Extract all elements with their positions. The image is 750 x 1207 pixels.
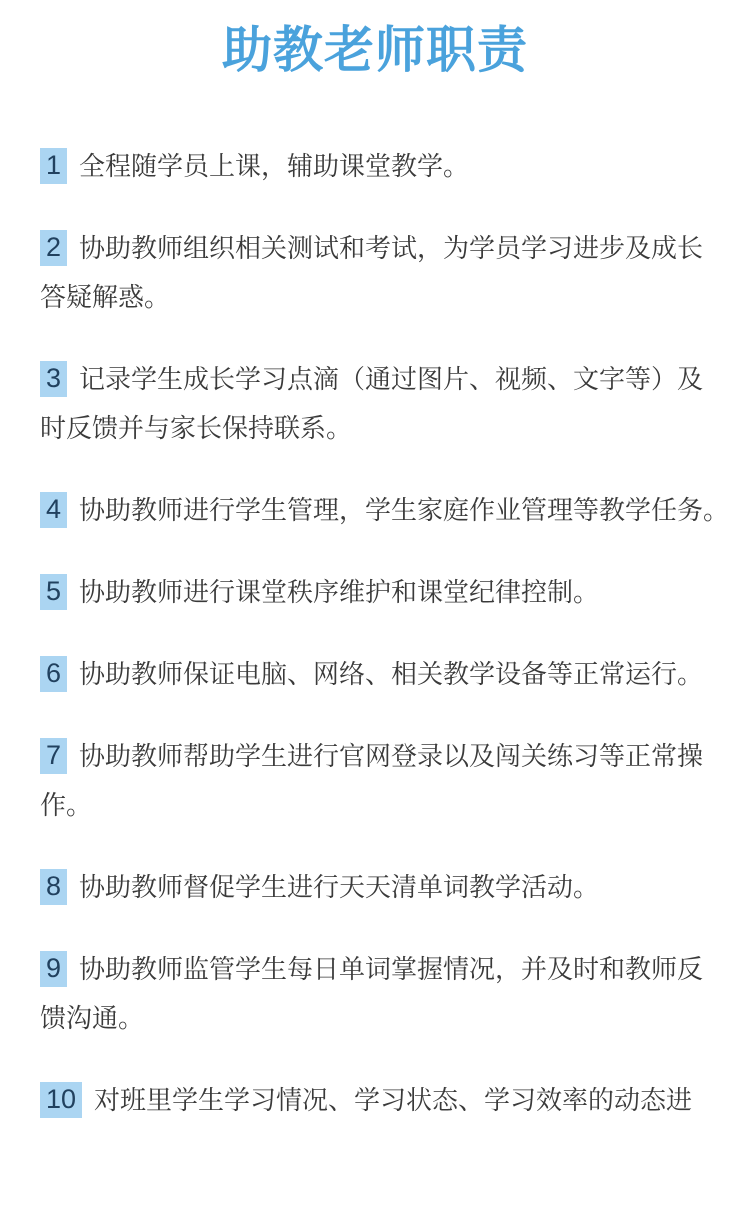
- list-item: 7协助教师帮助学生进行官网登录以及闯关练习等正常操 作。: [40, 732, 748, 830]
- item-text: 对班里学生学习情况、学习状态、学习效率的动态进: [94, 1085, 692, 1115]
- list-item: 4协助教师进行学生管理，学生家庭作业管理等教学任务。: [40, 486, 748, 535]
- item-text: 协助教师进行学生管理，学生家庭作业管理等教学任务。: [79, 495, 729, 525]
- list-item: 1全程随学员上课，辅助课堂教学。: [40, 142, 748, 191]
- item-number-badge: 7: [40, 738, 67, 774]
- list-item: 2协助教师组织相关测试和考试，为学员学习进步及成长 答疑解惑。: [40, 224, 748, 322]
- item-text: 协助教师帮助学生进行官网登录以及闯关练习等正常操 作。: [40, 741, 703, 820]
- item-text: 协助教师监管学生每日单词掌握情况，并及时和教师反 馈沟通。: [40, 954, 703, 1033]
- item-number-badge: 6: [40, 656, 67, 692]
- item-number-badge: 2: [40, 230, 67, 266]
- item-text: 协助教师进行课堂秩序维护和课堂纪律控制。: [79, 577, 599, 607]
- list-item: 10对班里学生学习情况、学习状态、学习效率的动态进: [40, 1076, 748, 1125]
- item-number-badge: 8: [40, 869, 67, 905]
- page: 助教老师职责 1全程随学员上课，辅助课堂教学。 2协助教师组织相关测试和考试，为…: [0, 0, 750, 1207]
- duty-list: 1全程随学员上课，辅助课堂教学。 2协助教师组织相关测试和考试，为学员学习进步及…: [0, 142, 750, 1125]
- item-text: 协助教师督促学生进行天天清单词教学活动。: [79, 872, 599, 902]
- list-item: 9协助教师监管学生每日单词掌握情况，并及时和教师反 馈沟通。: [40, 945, 748, 1043]
- item-text: 协助教师保证电脑、网络、相关教学设备等正常运行。: [79, 659, 703, 689]
- list-item: 3记录学生成长学习点滴（通过图片、视频、文字等）及 时反馈并与家长保持联系。: [40, 355, 748, 453]
- item-text: 记录学生成长学习点滴（通过图片、视频、文字等）及 时反馈并与家长保持联系。: [40, 364, 703, 443]
- item-text: 全程随学员上课，辅助课堂教学。: [79, 151, 469, 181]
- item-number-badge: 4: [40, 492, 67, 528]
- list-item: 8协助教师督促学生进行天天清单词教学活动。: [40, 863, 748, 912]
- item-number-badge: 10: [40, 1082, 82, 1118]
- item-number-badge: 3: [40, 361, 67, 397]
- page-title: 助教老师职责: [0, 0, 750, 80]
- item-number-badge: 5: [40, 574, 67, 610]
- list-item: 6协助教师保证电脑、网络、相关教学设备等正常运行。: [40, 650, 748, 699]
- list-item: 5协助教师进行课堂秩序维护和课堂纪律控制。: [40, 568, 748, 617]
- item-number-badge: 1: [40, 148, 67, 184]
- item-text: 协助教师组织相关测试和考试，为学员学习进步及成长 答疑解惑。: [40, 233, 703, 312]
- item-number-badge: 9: [40, 951, 67, 987]
